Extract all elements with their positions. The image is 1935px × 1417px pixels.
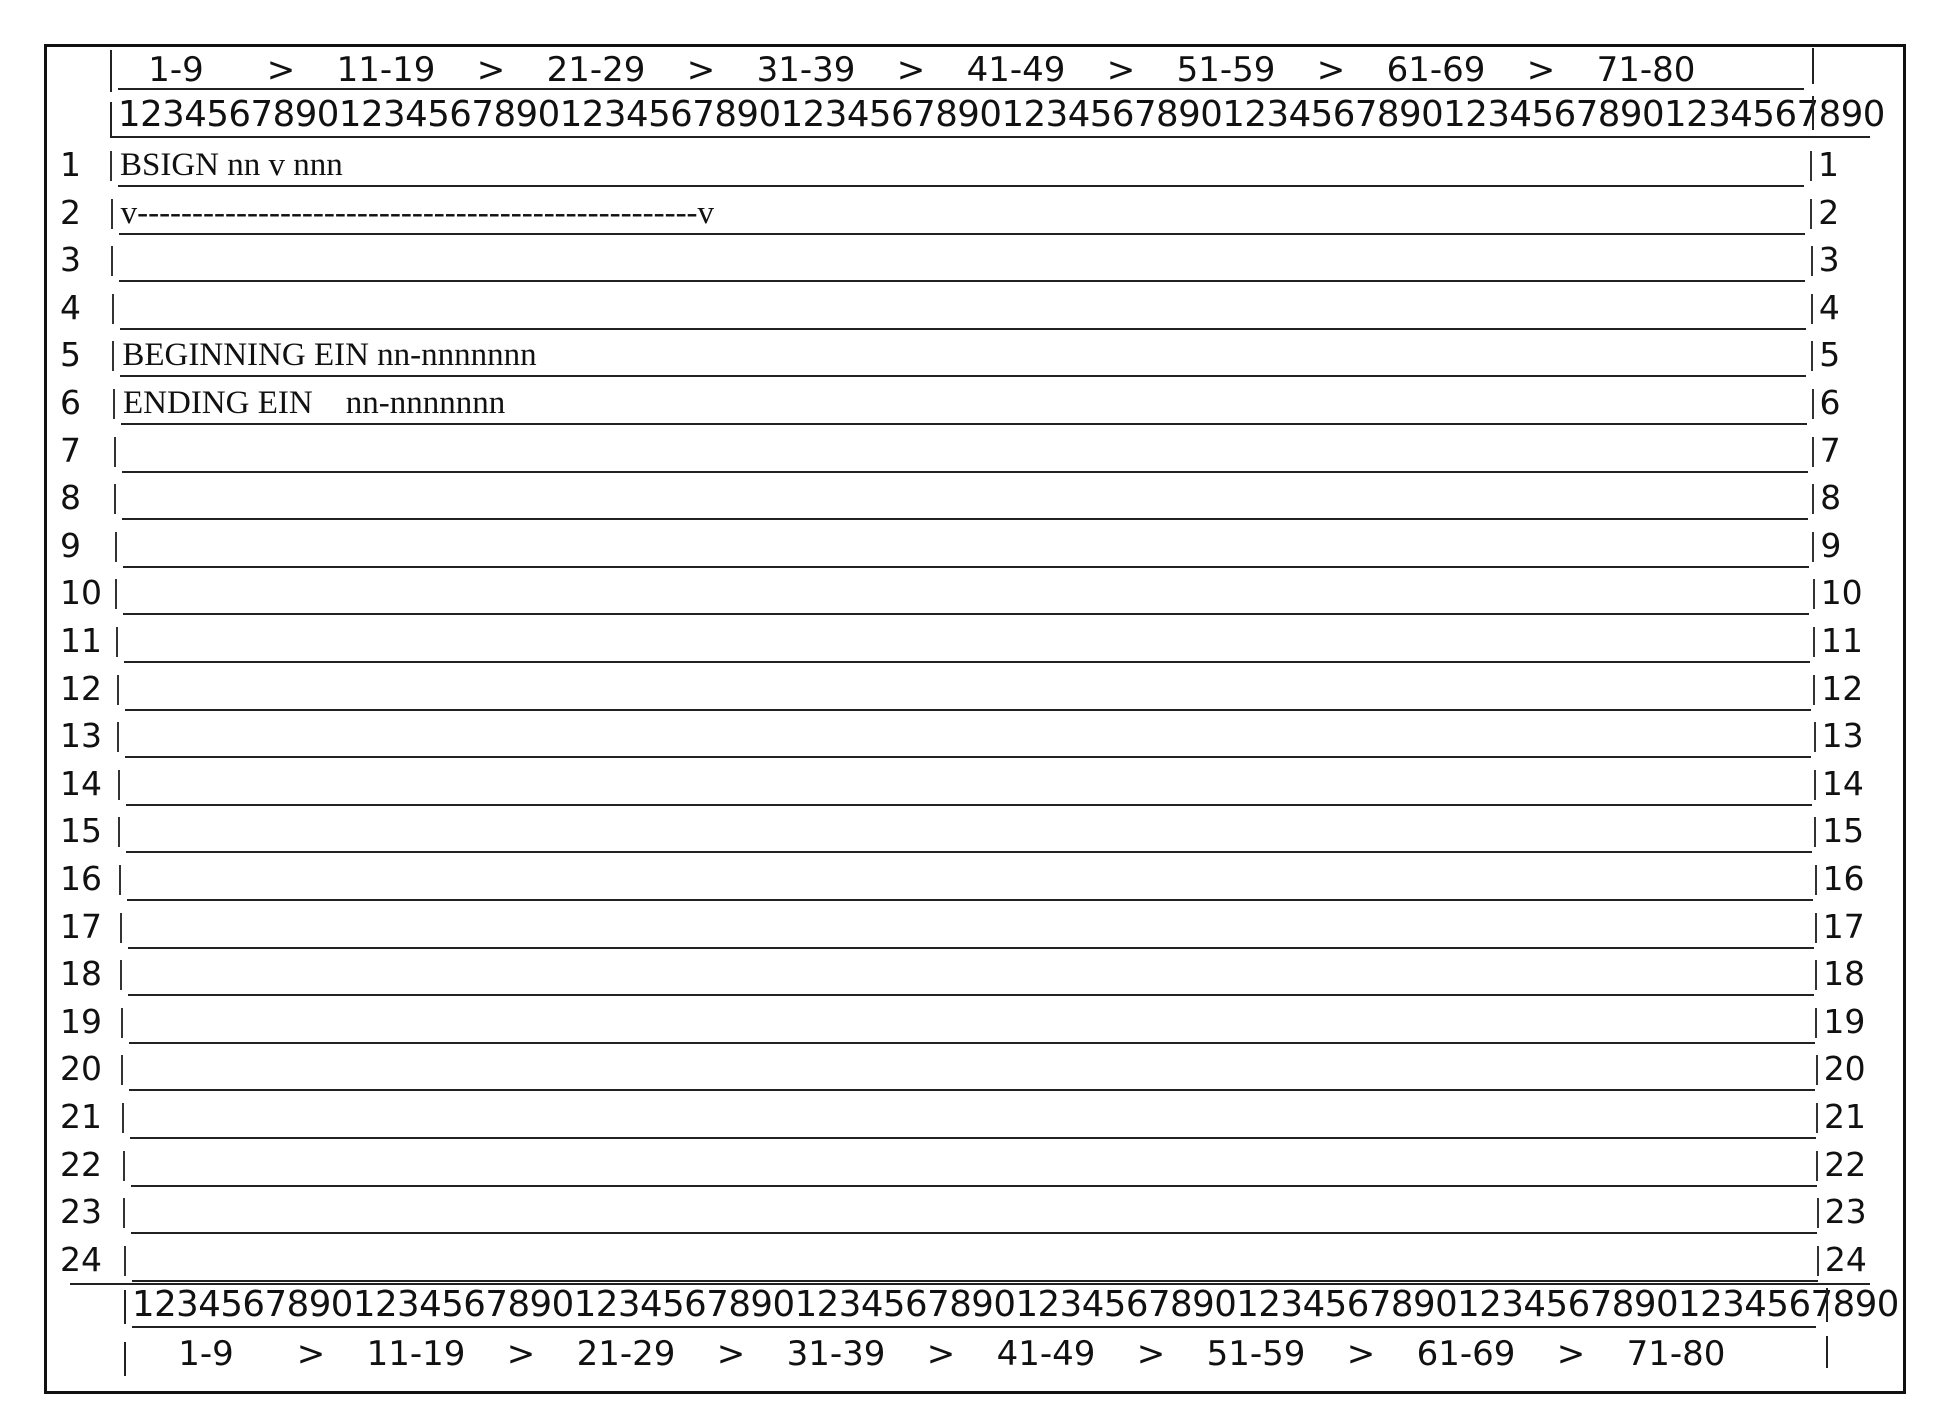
- row-number-right: 23: [1825, 1194, 1867, 1230]
- screen-row: 5BEGINNING EIN nn-nnnnnnn5: [0, 330, 1935, 377]
- range-separator: >: [902, 1334, 980, 1374]
- screen-row: 1BSIGN nn v nnn1: [0, 140, 1935, 187]
- screen-row: 1818: [0, 949, 1935, 996]
- row-right-bar: [1814, 722, 1816, 752]
- bottom-column-digits: 1234567890123456789012345678901234567890…: [132, 1284, 1822, 1326]
- range-label: 11-19: [320, 50, 452, 90]
- row-left-bar: [120, 960, 122, 990]
- row-content: BEGINNING EIN nn-nnnnnnn: [122, 337, 536, 373]
- range-label: 71-80: [1580, 50, 1712, 90]
- row-number-right: 10: [1821, 575, 1863, 611]
- row-number-left: 13: [60, 718, 102, 754]
- row-number-left: 17: [60, 909, 102, 945]
- row-right-bar: [1812, 389, 1814, 419]
- range-separator: >: [1082, 50, 1160, 90]
- row-number-left: 19: [60, 1004, 102, 1040]
- row-number-left: 24: [60, 1242, 102, 1278]
- row-right-bar: [1813, 627, 1815, 657]
- range-separator: >: [1322, 1334, 1400, 1374]
- row-left-bar: [115, 579, 117, 609]
- row-left-bar: [112, 294, 114, 324]
- row-number-left: 10: [60, 575, 102, 611]
- range-separator: >: [692, 1334, 770, 1374]
- row-number-right: 7: [1820, 433, 1841, 469]
- row-number-left: 5: [60, 337, 81, 373]
- row-number-left: 4: [60, 290, 81, 326]
- top-digits-left-bar: [110, 102, 112, 136]
- row-number-left: 9: [60, 528, 81, 564]
- row-right-bar: [1811, 294, 1813, 324]
- screen-row: 1919: [0, 997, 1935, 1044]
- range-separator: >: [1502, 50, 1580, 90]
- range-separator: >: [482, 1334, 560, 1374]
- row-number-right: 6: [1820, 385, 1841, 421]
- row-number-right: 15: [1822, 813, 1864, 849]
- screen-row: 1616: [0, 854, 1935, 901]
- row-left-bar: [119, 865, 121, 895]
- row-number-right: 16: [1823, 861, 1865, 897]
- screen-row: 1717: [0, 902, 1935, 949]
- row-number-right: 12: [1821, 671, 1863, 707]
- row-left-bar: [121, 1055, 123, 1085]
- top-range-underline: [118, 88, 1804, 90]
- bottom-range-ruler: 1-9 > 11-19 > 21-29 > 31-39 > 41-49 > 51…: [140, 1330, 1830, 1374]
- screen-row: 1010: [0, 568, 1935, 615]
- range-separator: >: [272, 1334, 350, 1374]
- row-number-right: 2: [1818, 195, 1839, 231]
- top-ruler-rule: [110, 136, 1870, 138]
- row-left-bar: [118, 817, 120, 847]
- range-label: 71-80: [1610, 1334, 1742, 1374]
- row-right-bar: [1815, 960, 1817, 990]
- row-right-bar: [1814, 770, 1816, 800]
- row-number-right: 5: [1819, 337, 1840, 373]
- range-label: 21-29: [560, 1334, 692, 1374]
- row-number-left: 6: [60, 385, 81, 421]
- range-separator: >: [242, 50, 320, 90]
- row-right-bar: [1813, 579, 1815, 609]
- row-number-right: 11: [1821, 623, 1863, 659]
- screen-row: 88: [0, 473, 1935, 520]
- range-label: 1-9: [140, 1334, 272, 1374]
- screen-row: 2222: [0, 1140, 1935, 1187]
- row-number-left: 11: [60, 623, 102, 659]
- range-separator: >: [1112, 1334, 1190, 1374]
- screen-row: 2v--------------------------------------…: [0, 188, 1935, 235]
- row-left-bar: [115, 532, 117, 562]
- range-label: 11-19: [350, 1334, 482, 1374]
- range-label: 1-9: [110, 50, 242, 90]
- row-left-bar: [123, 1151, 125, 1181]
- row-left-bar: [117, 675, 119, 705]
- row-left-bar: [111, 246, 113, 276]
- screen-row: 1414: [0, 759, 1935, 806]
- row-number-left: 7: [60, 433, 81, 469]
- screen-row: 99: [0, 521, 1935, 568]
- range-label: 51-59: [1160, 50, 1292, 90]
- row-left-bar: [114, 437, 116, 467]
- top-range-right-bar: [1812, 48, 1814, 84]
- row-right-bar: [1811, 246, 1813, 276]
- range-separator: >: [1532, 1334, 1610, 1374]
- row-number-right: 3: [1819, 242, 1840, 278]
- range-separator: >: [872, 50, 950, 90]
- range-label: 61-69: [1370, 50, 1502, 90]
- row-left-bar: [123, 1198, 125, 1228]
- row-number-right: 20: [1824, 1051, 1866, 1087]
- row-number-right: 17: [1823, 909, 1865, 945]
- row-left-bar: [122, 1103, 124, 1133]
- bottom-digits-left-bar: [124, 1290, 126, 1324]
- row-number-left: 21: [60, 1099, 102, 1135]
- row-right-bar: [1810, 199, 1812, 229]
- row-right-bar: [1816, 1103, 1818, 1133]
- row-left-bar: [110, 151, 112, 181]
- screen-row: 2323: [0, 1187, 1935, 1234]
- row-left-bar: [121, 1008, 123, 1038]
- row-left-bar: [120, 913, 122, 943]
- row-number-right: 4: [1819, 290, 1840, 326]
- range-label: 31-39: [770, 1334, 902, 1374]
- screen-row: 1313: [0, 711, 1935, 758]
- bottom-range-right-bar: [1826, 1336, 1828, 1368]
- row-right-bar: [1815, 1008, 1817, 1038]
- row-right-bar: [1811, 341, 1813, 371]
- row-left-bar: [113, 389, 115, 419]
- row-content: ENDING EIN nn-nnnnnnn: [123, 385, 505, 421]
- range-label: 41-49: [980, 1334, 1112, 1374]
- row-number-left: 16: [60, 861, 102, 897]
- row-number-right: 1: [1818, 147, 1839, 183]
- screen-row: 1212: [0, 664, 1935, 711]
- row-number-right: 22: [1824, 1147, 1866, 1183]
- range-separator: >: [1292, 50, 1370, 90]
- row-right-bar: [1810, 151, 1812, 181]
- row-number-right: 18: [1823, 956, 1865, 992]
- screen-row: 1111: [0, 616, 1935, 663]
- row-number-right: 9: [1820, 528, 1841, 564]
- row-number-left: 12: [60, 671, 102, 707]
- row-right-bar: [1812, 437, 1814, 467]
- screen-row: 6ENDING EIN nn-nnnnnnn6: [0, 378, 1935, 425]
- row-right-bar: [1816, 1055, 1818, 1085]
- row-number-right: 8: [1820, 480, 1841, 516]
- row-number-left: 15: [60, 813, 102, 849]
- top-digits-right-bar: [1812, 96, 1814, 130]
- range-label: 41-49: [950, 50, 1082, 90]
- row-left-bar: [111, 199, 113, 229]
- top-range-ruler: 1-9 > 11-19 > 21-29 > 31-39 > 41-49 > 51…: [110, 46, 1800, 90]
- row-left-bar: [117, 722, 119, 752]
- row-right-bar: [1816, 1151, 1818, 1181]
- row-right-bar: [1817, 1198, 1819, 1228]
- row-right-bar: [1813, 675, 1815, 705]
- row-number-left: 22: [60, 1147, 102, 1183]
- bottom-digits-right-bar: [1826, 1288, 1828, 1322]
- row-content: BSIGN nn v nnn: [120, 147, 343, 183]
- row-number-left: 1: [60, 147, 81, 183]
- screen-row: 2020: [0, 1044, 1935, 1091]
- screen-row: 44: [0, 283, 1935, 330]
- row-number-left: 8: [60, 480, 81, 516]
- row-number-left: 23: [60, 1194, 102, 1230]
- row-number-right: 19: [1823, 1004, 1865, 1040]
- screen-row: 2424: [0, 1235, 1935, 1282]
- row-number-right: 13: [1822, 718, 1864, 754]
- screen-row: 77: [0, 426, 1935, 473]
- row-number-left: 3: [60, 242, 81, 278]
- row-content: v---------------------------------------…: [121, 195, 714, 231]
- row-right-bar: [1815, 865, 1817, 895]
- screen-row: 2121: [0, 1092, 1935, 1139]
- row-number-left: 2: [60, 195, 81, 231]
- row-underline: [132, 1280, 1818, 1282]
- row-right-bar: [1814, 817, 1816, 847]
- row-right-bar: [1815, 913, 1817, 943]
- screen-row: 33: [0, 235, 1935, 282]
- row-right-bar: [1812, 532, 1814, 562]
- range-label: 21-29: [530, 50, 662, 90]
- top-column-digits: 1234567890123456789012345678901234567890…: [118, 94, 1808, 136]
- row-left-bar: [124, 1246, 126, 1276]
- range-separator: >: [452, 50, 530, 90]
- row-number-left: 20: [60, 1051, 102, 1087]
- bottom-range-left-bar: [124, 1342, 126, 1376]
- row-left-bar: [112, 341, 114, 371]
- range-label: 31-39: [740, 50, 872, 90]
- row-number-right: 21: [1824, 1099, 1866, 1135]
- range-label: 51-59: [1190, 1334, 1322, 1374]
- screen-row: 1515: [0, 806, 1935, 853]
- row-left-bar: [114, 484, 116, 514]
- range-label: 61-69: [1400, 1334, 1532, 1374]
- row-right-bar: [1817, 1246, 1819, 1276]
- row-number-left: 18: [60, 956, 102, 992]
- row-number-right: 14: [1822, 766, 1864, 802]
- row-left-bar: [116, 627, 118, 657]
- row-number-right: 24: [1825, 1242, 1867, 1278]
- row-number-left: 14: [60, 766, 102, 802]
- bottom-digits-underline: [132, 1326, 1816, 1328]
- range-separator: >: [662, 50, 740, 90]
- row-left-bar: [118, 770, 120, 800]
- row-right-bar: [1812, 484, 1814, 514]
